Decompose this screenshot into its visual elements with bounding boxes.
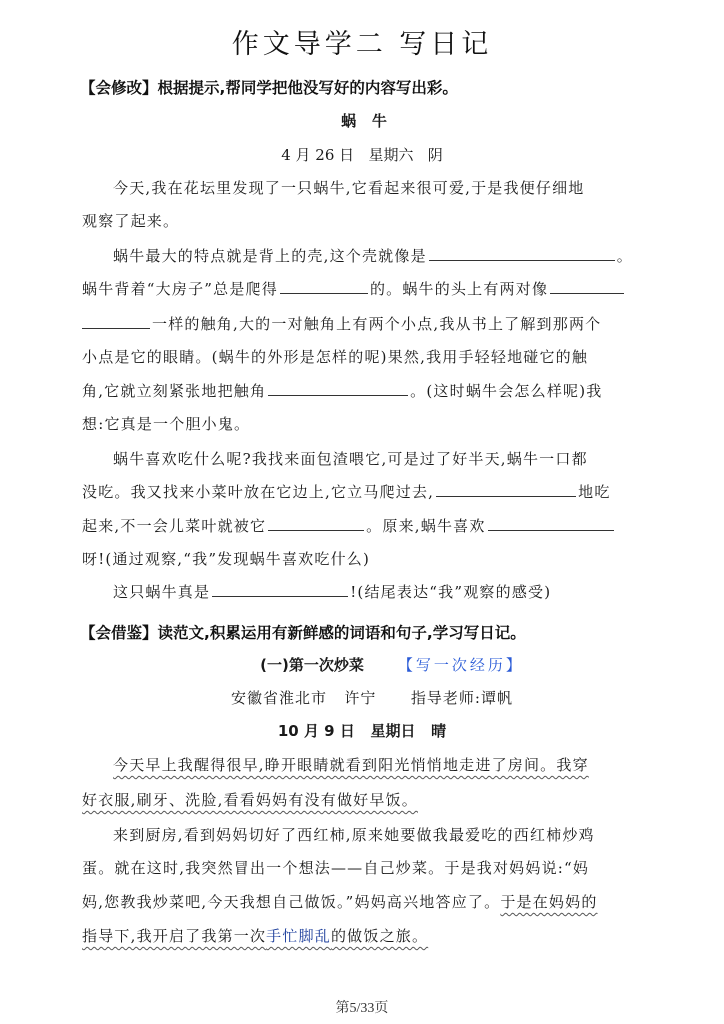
essay-line: 蜗牛最大的特点就是背上的壳,这个壳就像是。 bbox=[82, 245, 695, 266]
text: 指导下,我开启了我第一次 bbox=[82, 927, 266, 945]
fill-blank-leaf-result[interactable] bbox=[268, 516, 364, 531]
highlighted-sentence: 好衣服,刷牙、洗脸,看看妈妈有没有做好早饭。 bbox=[82, 791, 418, 809]
fill-blank-shell-like[interactable] bbox=[429, 246, 615, 261]
essay-date-line: 4 月 26 日 星期六 阴 bbox=[0, 144, 724, 165]
text: 起来,不一会儿菜叶就被它 bbox=[82, 517, 266, 535]
fill-blank-antenna-like[interactable] bbox=[550, 279, 624, 294]
fill-blank-crawl-speed[interactable] bbox=[280, 279, 368, 294]
author-line: 安徽省淮北市 许宁 指导老师:谭帆 bbox=[10, 687, 724, 708]
section-tag: 【会修改】 bbox=[80, 79, 158, 97]
text: 的。蜗牛的头上有两对像 bbox=[370, 280, 548, 298]
essay-genre-tag: 【写一次经历】 bbox=[398, 656, 524, 674]
essay-line: 今天,我在花坛里发现了一只蜗牛,它看起来很可爱,于是我便仔细地 bbox=[82, 177, 695, 198]
highlighted-sentence: 于是在妈妈的 bbox=[500, 893, 597, 911]
essay-line: 呀!(通过观察,“我”发现蜗牛喜欢吃什么) bbox=[82, 548, 664, 569]
text: 一样的触角,大的一对触角上有两个小点,我从书上了解到那两个 bbox=[152, 315, 601, 333]
essay-line: 好衣服,刷牙、洗脸,看看妈妈有没有做好早饭。 bbox=[82, 789, 664, 810]
fill-blank-antenna-like-cont[interactable] bbox=[82, 314, 150, 329]
essay-line: 小点是它的眼睛。(蜗牛的外形是怎样的呢)果然,我用手轻轻地碰它的触 bbox=[82, 346, 664, 367]
fill-blank-conclusion[interactable] bbox=[212, 582, 348, 597]
page-title: 作文导学二 写日记 bbox=[0, 22, 724, 61]
essay-title-line: (一)第一次炒菜【写一次经历】 bbox=[30, 654, 724, 675]
essay-line: 妈,您教我炒菜吧,今天我想自己做饭。”妈妈高兴地答应了。于是在妈妈的 bbox=[82, 891, 664, 912]
essay-line: 今天早上我醒得很早,睁开眼睛就看到阳光悄悄地走进了房间。我穿 bbox=[82, 754, 695, 775]
fill-blank-antenna-action[interactable] bbox=[268, 381, 408, 396]
essay-line: 观察了起来。 bbox=[82, 210, 664, 231]
fill-blank-eating-manner[interactable] bbox=[436, 482, 576, 497]
essay-line: 蜗牛喜欢吃什么呢?我找来面包渣喂它,可是过了好半天,蜗牛一口都 bbox=[82, 448, 695, 469]
section-instruction: 根据提示,帮同学把他没写好的内容写出彩。 bbox=[158, 79, 458, 97]
essay-line: 角,它就立刻紧张地把触角。(这时蜗牛会怎么样呢)我 bbox=[82, 380, 664, 401]
section-tag: 【会借鉴】 bbox=[80, 624, 158, 642]
essay-title-first-cooking: (一)第一次炒菜 bbox=[260, 656, 364, 674]
essay-date-line: 10 月 9 日 星期日 晴 bbox=[0, 720, 724, 741]
text: 。 bbox=[617, 247, 633, 265]
text: 这只蜗牛真是 bbox=[113, 583, 210, 601]
fill-blank-snail-likes[interactable] bbox=[488, 516, 614, 531]
text: 的做饭之旅。 bbox=[331, 927, 428, 945]
document-page: 作文导学二 写日记 【会修改】根据提示,帮同学把他没写好的内容写出彩。 蜗 牛 … bbox=[0, 0, 724, 1024]
essay-line: 来到厨房,看到妈妈切好了西红柿,原来她要做我最爱吃的西红柿炒鸡 bbox=[82, 824, 695, 845]
essay-line: 指导下,我开启了我第一次手忙脚乱的做饭之旅。 bbox=[82, 925, 664, 946]
essay-line: 蛋。就在这时,我突然冒出一个想法——自己炒菜。于是我对妈妈说:“妈 bbox=[82, 857, 664, 878]
highlighted-sentence: 今天早上我醒得很早,睁开眼睛就看到阳光悄悄地走进了房间。我穿 bbox=[113, 756, 589, 774]
text: 妈,您教我炒菜吧,今天我想自己做饭。”妈妈高兴地答应了。 bbox=[82, 893, 500, 911]
page-indicator: 第5/33页 bbox=[0, 997, 724, 1017]
text: 蜗牛最大的特点就是背上的壳,这个壳就像是 bbox=[113, 247, 427, 265]
section-instruction: 读范文,积累运用有新鲜感的词语和句子,学习写日记。 bbox=[158, 624, 526, 642]
essay-line: 想:它真是一个胆小鬼。 bbox=[82, 413, 664, 434]
text: !(结尾表达“我”观察的感受) bbox=[350, 583, 551, 601]
essay-line: 这只蜗牛真是!(结尾表达“我”观察的感受) bbox=[82, 581, 695, 602]
text: 。(这时蜗牛会怎么样呢)我 bbox=[410, 382, 602, 400]
text: 没吃。我又找来小菜叶放在它边上,它立马爬过去, bbox=[82, 483, 434, 501]
essay-line: 没吃。我又找来小菜叶放在它边上,它立马爬过去,地吃 bbox=[82, 481, 664, 502]
essay-line: 起来,不一会儿菜叶就被它。原来,蜗牛喜欢 bbox=[82, 515, 664, 536]
text: 地吃 bbox=[578, 483, 610, 501]
section-revise-heading: 【会修改】根据提示,帮同学把他没写好的内容写出彩。 bbox=[80, 76, 458, 98]
section-learn-heading: 【会借鉴】读范文,积累运用有新鲜感的词语和句子,学习写日记。 bbox=[80, 621, 526, 643]
highlighted-idiom: 手忙脚乱 bbox=[266, 927, 331, 945]
text: 角,它就立刻紧张地把触角 bbox=[82, 382, 266, 400]
highlighted-sentence: 指导下,我开启了我第一次手忙脚乱的做饭之旅。 bbox=[82, 927, 428, 945]
text: 蜗牛背着“大房子”总是爬得 bbox=[82, 280, 278, 298]
essay-line: 蜗牛背着“大房子”总是爬得的。蜗牛的头上有两对像 bbox=[82, 278, 664, 299]
essay-line: 一样的触角,大的一对触角上有两个小点,我从书上了解到那两个 bbox=[82, 313, 664, 334]
text: 。原来,蜗牛喜欢 bbox=[366, 517, 485, 535]
essay-title-snail: 蜗 牛 bbox=[2, 110, 724, 131]
